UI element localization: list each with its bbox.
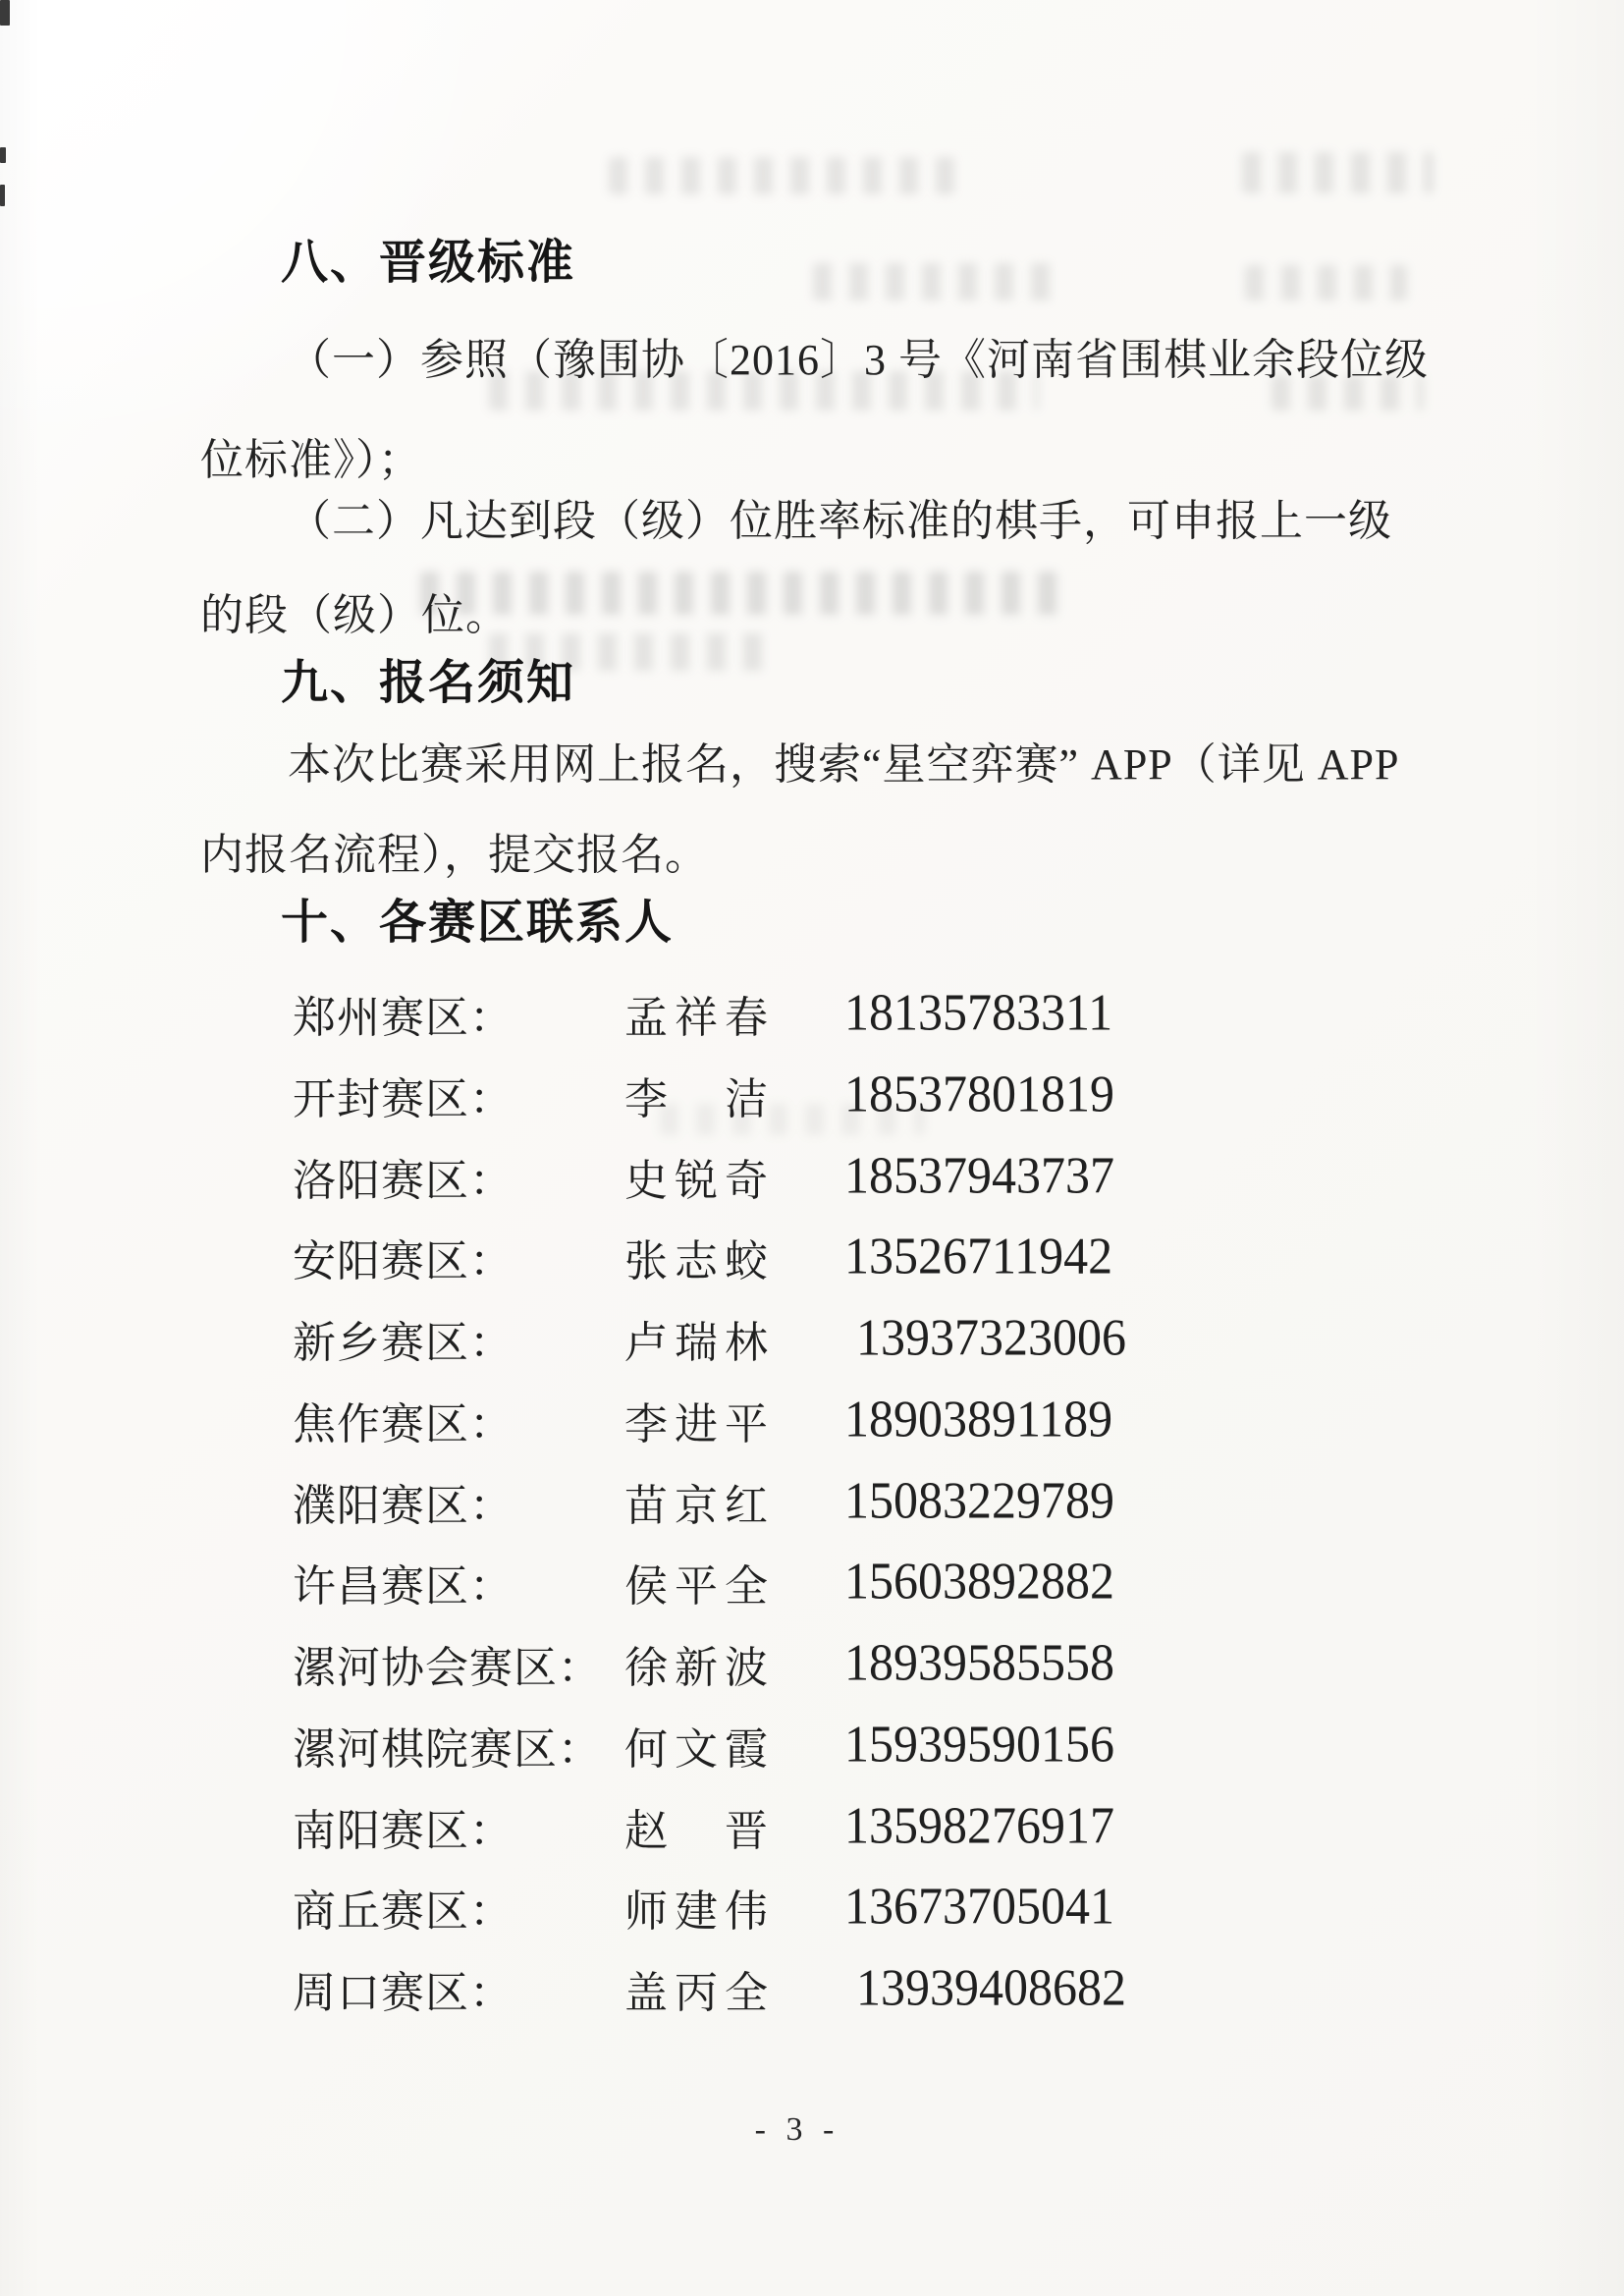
section8-item2-line2: 的段（级）位。 [200,579,510,642]
contact-row: 濮阳赛区： 苗京红 15083229789 [0,1470,1624,1525]
contact-person-name: 盖丙全 [624,1957,775,2020]
contact-phone-number: 18903891189 [844,1389,1112,1449]
contact-row: 开封赛区： 李 洁 18537801819 [0,1064,1624,1119]
contact-phone-number: 13598276917 [844,1795,1114,1855]
contact-person-name: 师建伟 [624,1876,775,1939]
contact-phone-number: 18537943737 [844,1145,1114,1205]
contact-phone-number: 18939585558 [844,1632,1114,1692]
section8-item2-line1: （二）凡达到段（级）位胜率标准的棋手，可申报上一级 [288,485,1392,548]
contact-row: 安阳赛区： 张志蛟 13526711942 [0,1226,1624,1281]
contact-row: 商丘赛区： 师建伟 13673705041 [0,1876,1624,1931]
bleed-through-smudge [813,263,1063,301]
section9-body-line2: 内报名流程），提交报名。 [200,819,709,882]
contact-person-name: 李进平 [624,1389,775,1451]
scan-edge-speck [0,147,6,163]
contact-zone-label: 漯河棋院赛区： [293,1714,602,1777]
bleed-through-smudge [420,572,1063,615]
contact-phone-number: 13673705041 [844,1876,1114,1936]
contact-phone-number: 15939590156 [844,1714,1114,1774]
section8-item1-line1: （一）参照（豫围协〔2016〕3 号《河南省围棋业余段位级 [288,324,1429,387]
section9-body-line1: 本次比赛采用网上报名，搜索“星空弈赛” APP（详见 APP [288,729,1400,792]
bleed-through-smudge [1245,265,1407,301]
bleed-through-smudge [1242,152,1434,193]
contact-zone-label: 濮阳赛区： [293,1470,514,1533]
contact-row: 漯河棋院赛区： 何文霞 15939590156 [0,1714,1624,1769]
contact-zone-label: 新乡赛区： [293,1307,514,1370]
scan-edge-speck [0,0,10,26]
contact-row: 郑州赛区： 孟祥春 18135783311 [0,982,1624,1037]
contact-zone-label: 漯河协会赛区： [293,1632,602,1695]
contact-phone-number: 15083229789 [844,1470,1114,1530]
contact-zone-label: 许昌赛区： [293,1551,514,1613]
contact-person-name: 史锐奇 [624,1145,775,1208]
contact-person-name: 何文霞 [624,1714,775,1777]
section8-item1-line2: 位标准》）； [200,424,422,487]
contact-phone-number: 18537801819 [844,1064,1114,1123]
scan-edge-speck [0,185,5,206]
contact-row: 许昌赛区： 侯平全 15603892882 [0,1551,1624,1606]
bleed-through-smudge [609,157,972,194]
contact-row: 南阳赛区： 赵 晋 13598276917 [0,1795,1624,1850]
contact-zone-label: 安阳赛区： [293,1226,514,1288]
page-number: - 3 - [755,2111,840,2149]
contact-row: 焦作赛区： 李进平 18903891189 [0,1389,1624,1444]
section8-heading: 八、晋级标准 [281,224,575,292]
contact-phone-number: 13937323006 [856,1307,1126,1367]
contact-person-name: 卢瑞林 [624,1307,775,1370]
contact-person-name: 张志蛟 [624,1226,775,1288]
contact-row: 新乡赛区： 卢瑞林 13937323006 [0,1307,1624,1362]
contact-zone-label: 商丘赛区： [293,1876,514,1939]
contact-row: 洛阳赛区： 史锐奇 18537943737 [0,1145,1624,1200]
contact-person-name: 孟祥春 [624,982,775,1045]
contact-zone-label: 洛阳赛区： [293,1145,514,1208]
contact-row: 漯河协会赛区： 徐新波 18939585558 [0,1632,1624,1687]
contact-person-name: 李 洁 [624,1064,775,1126]
contact-zone-label: 周口赛区： [293,1957,514,2020]
contact-phone-number: 18135783311 [844,982,1112,1042]
contact-person-name: 苗京红 [624,1470,775,1533]
contact-zone-label: 开封赛区： [293,1064,514,1126]
contact-person-name: 徐新波 [624,1632,775,1695]
contact-person-name: 赵 晋 [624,1795,775,1858]
section10-heading: 十、各赛区联系人 [281,884,674,952]
section9-heading: 九、报名须知 [281,644,575,712]
contact-row: 周口赛区： 盖丙全 13939408682 [0,1957,1624,2012]
contact-zone-label: 焦作赛区： [293,1389,514,1451]
contact-phone-number: 13939408682 [856,1957,1126,2017]
contact-person-name: 侯平全 [624,1551,775,1613]
contact-phone-number: 15603892882 [844,1551,1114,1611]
contact-zone-label: 郑州赛区： [293,982,514,1045]
scanned-document-page: 八、晋级标准 （一）参照（豫围协〔2016〕3 号《河南省围棋业余段位级 位标准… [0,0,1624,2296]
contact-phone-number: 13526711942 [844,1226,1112,1285]
contact-zone-label: 南阳赛区： [293,1795,514,1858]
